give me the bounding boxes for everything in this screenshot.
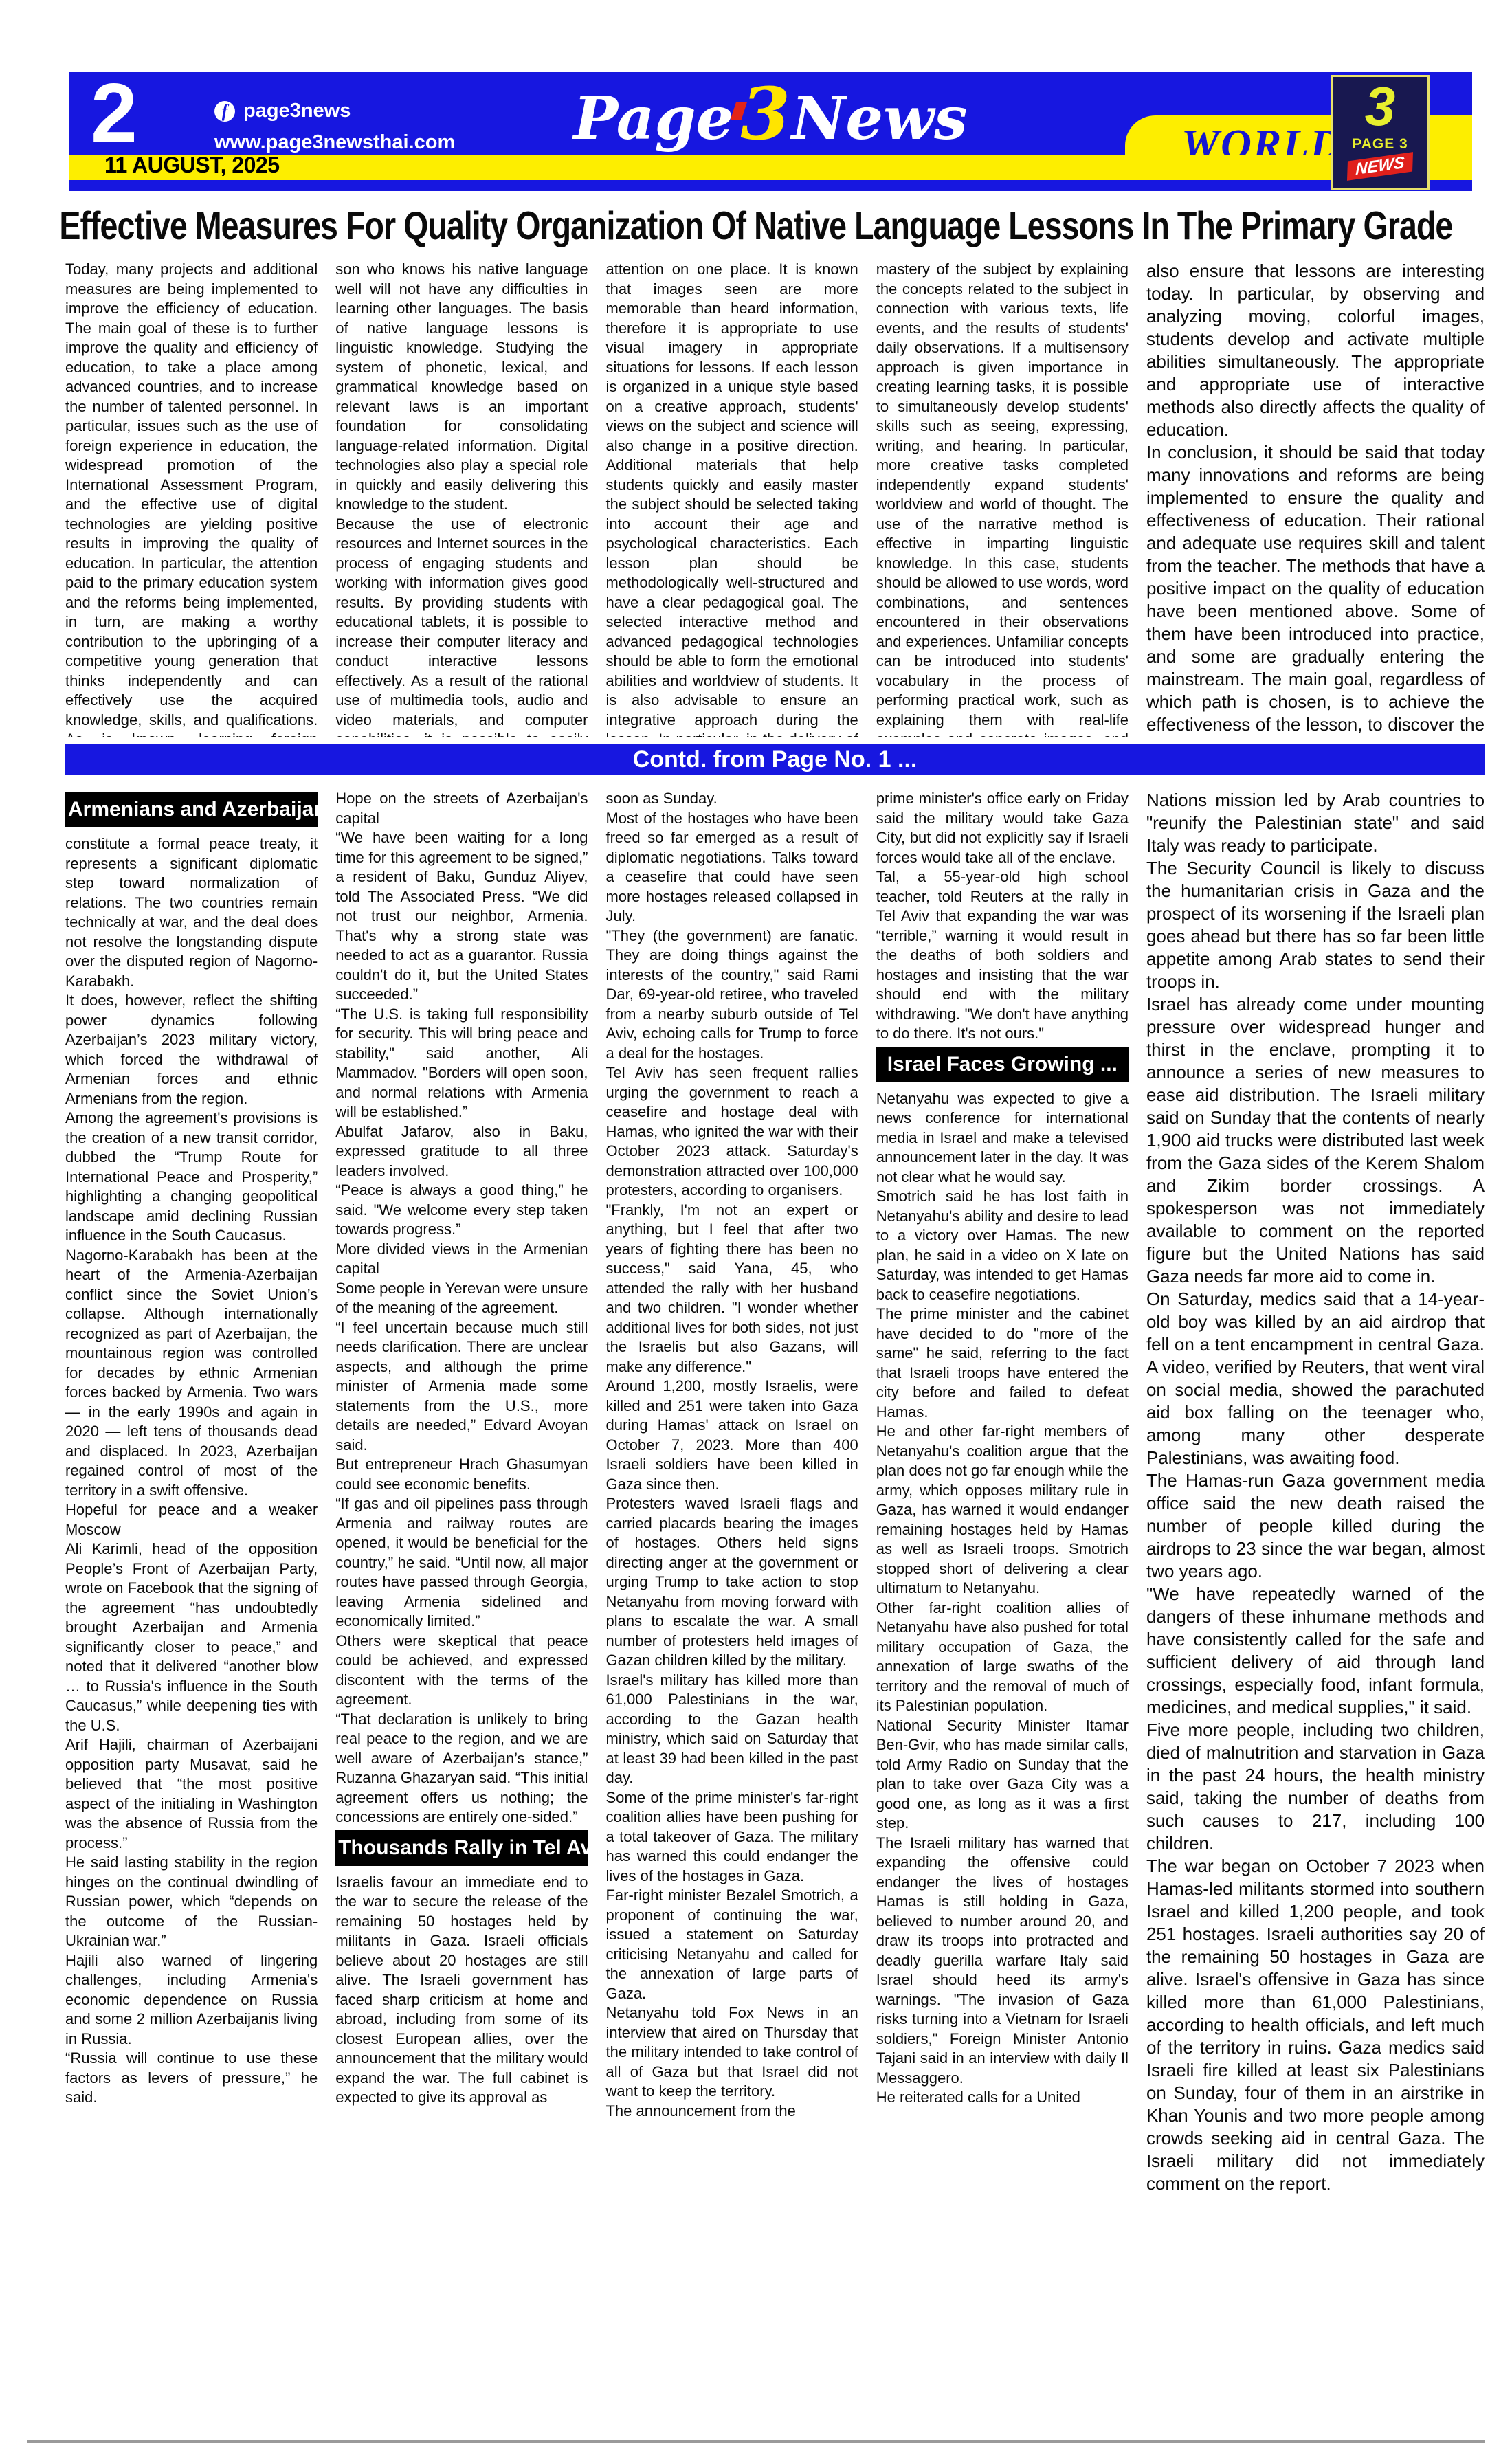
paragraph: National Security Minister Itamar Ben-Gv…: [876, 1716, 1129, 1834]
continuation-section: Armenians and Azerbaijanis ...constitute…: [65, 789, 1485, 2438]
lower-column-4: prime minister's office early on Friday …: [876, 789, 1129, 2438]
page3news-logo: 3 PAGE 3 NEWS: [1331, 75, 1430, 190]
paragraph: Tal, a 55-year-old high school teacher, …: [876, 867, 1129, 1044]
paragraph: Today, many projects and additional meas…: [65, 260, 318, 737]
paragraph: Smotrich said he has lost faith in Netan…: [876, 1187, 1129, 1304]
paragraph: Some people in Yerevan were unsure of th…: [335, 1279, 588, 1318]
lower-column-3: soon as Sunday.Most of the hostages who …: [605, 789, 858, 2438]
lower-column-5: Nations mission led by Arab countries to…: [1146, 789, 1485, 2438]
main-headline: Effective Measures For Quality Organizat…: [59, 203, 1452, 249]
main-article-column-2: son who knows his native language well w…: [335, 260, 588, 737]
paragraph: “I feel uncertain because much still nee…: [335, 1318, 588, 1456]
logo-page3-text: PAGE 3: [1352, 136, 1408, 153]
paragraph: The Israeli military has warned that exp…: [876, 1834, 1129, 2089]
paragraph: It does, however, reflect the shifting p…: [65, 991, 318, 1109]
paragraph: He said lasting stability in the region …: [65, 1853, 318, 1951]
paragraph: Hope on the streets of Azerbaijan's capi…: [335, 789, 588, 828]
paragraph: Netanyahu told Fox News in an interview …: [605, 2003, 858, 2102]
paragraph: The war began on October 7 2023 when Ham…: [1146, 1855, 1485, 2195]
paragraph: In conclusion, it should be said that to…: [1146, 441, 1485, 737]
paragraph: constitute a formal peace treaty, it rep…: [65, 834, 318, 991]
paragraph: Nagorno-Karabakh has been at the heart o…: [65, 1246, 318, 1501]
paragraph: Tel Aviv has seen frequent rallies urgin…: [605, 1063, 858, 1201]
main-article-column-4: mastery of the subject by explaining the…: [876, 260, 1129, 737]
paragraph: Israelis favour an immediate end to the …: [335, 1873, 588, 2108]
paragraph: Far-right minister Bezalel Smotrich, a p…: [605, 1886, 858, 2003]
paragraph: mastery of the subject by explaining the…: [876, 260, 1129, 737]
paragraph: The Security Council is likely to discus…: [1146, 857, 1485, 993]
main-article-column-1: Today, many projects and additional meas…: [65, 260, 318, 737]
lower-column-2: Hope on the streets of Azerbaijan's capi…: [335, 789, 588, 2438]
paragraph: son who knows his native language well w…: [335, 260, 588, 515]
logo-three: 3: [1365, 77, 1396, 136]
paragraph: Around 1,200, mostly Israelis, were kill…: [605, 1377, 858, 1494]
paragraph: Some of the prime minister's far-right c…: [605, 1788, 858, 1887]
paragraph: "Frankly, I'm not an expert or anything,…: [605, 1201, 858, 1377]
paragraph: “We have been waiting for a long time fo…: [335, 828, 588, 1005]
paragraph: More divided views in the Armenian capit…: [335, 1240, 588, 1279]
paragraph: soon as Sunday.: [605, 789, 858, 809]
bottom-rule: [27, 2440, 1485, 2443]
lower-column-1: Armenians and Azerbaijanis ...constitute…: [65, 789, 318, 2438]
paragraph: He reiterated calls for a United: [876, 2088, 1129, 2108]
paragraph: “That declaration is unlikely to bring r…: [335, 1710, 588, 1827]
issue-date: 11 AUGUST, 2025: [104, 153, 280, 178]
masthead-part1: Page: [573, 84, 733, 153]
paragraph: Protesters waved Israeli flags and carri…: [605, 1494, 858, 1671]
main-article-column-3: attention on one place. It is known that…: [605, 260, 858, 737]
paragraph: He and other far-right members of Netany…: [876, 1422, 1129, 1599]
paragraph: Abulfat Jafarov, also in Baku, expressed…: [335, 1122, 588, 1181]
paragraph: The announcement from the: [605, 2102, 858, 2122]
paragraph: Nations mission led by Arab countries to…: [1146, 789, 1485, 857]
paragraph: attention on one place. It is known that…: [605, 260, 858, 737]
logo-news-ribbon: NEWS: [1347, 152, 1413, 181]
paragraph: also ensure that lessons are interesting…: [1146, 260, 1485, 441]
newspaper-page: 2 f page3news www.page3newsthai.com Page…: [0, 0, 1512, 2448]
paragraph: Arif Hajili, chairman of Azerbaijani opp…: [65, 1735, 318, 1853]
continued-from-page-bar: Contd. from Page No. 1 ...: [65, 744, 1485, 775]
paragraph: Five more people, including two children…: [1146, 1719, 1485, 1855]
article-section-header: Israel Faces Growing ...: [876, 1047, 1129, 1082]
masthead-part3: News: [792, 84, 968, 153]
masthead-banner: 2 f page3news www.page3newsthai.com Page…: [69, 72, 1472, 191]
paragraph: Most of the hostages who have been freed…: [605, 809, 858, 926]
main-article-column-5: also ensure that lessons are interesting…: [1146, 260, 1485, 737]
paragraph: Ali Karimli, head of the opposition Peop…: [65, 1539, 318, 1735]
paragraph: Among the agreement's provisions is the …: [65, 1109, 318, 1246]
paragraph: Israel's military has killed more than 6…: [605, 1671, 858, 1788]
article-section-header: Thousands Rally in Tel Aviv ...: [335, 1830, 588, 1866]
headline-row: Effective Measures For Quality Organizat…: [0, 203, 1512, 242]
paragraph: “Russia will continue to use these facto…: [65, 2049, 318, 2108]
paragraph: Hajili also warned of lingering challeng…: [65, 1951, 318, 2049]
paragraph: Netanyahu was expected to give a news co…: [876, 1089, 1129, 1188]
paragraph: “If gas and oil pipelines pass through A…: [335, 1494, 588, 1632]
paragraph: Others were skeptical that peace could b…: [335, 1632, 588, 1710]
masthead-part2: 3: [739, 71, 791, 156]
paragraph: "They (the government) are fanatic. They…: [605, 926, 858, 1064]
paragraph: Hopeful for peace and a weaker Moscow: [65, 1500, 318, 1539]
paragraph: “The U.S. is taking full responsibility …: [335, 1005, 588, 1122]
paragraph: Other far-right coalition allies of Neta…: [876, 1599, 1129, 1716]
date-strip: 11 AUGUST, 2025: [69, 155, 1472, 180]
paragraph: The Hamas-run Gaza government media offi…: [1146, 1469, 1485, 1583]
article-section-header: Armenians and Azerbaijanis ...: [65, 792, 318, 827]
main-article: Today, many projects and additional meas…: [65, 260, 1485, 737]
paragraph: But entrepreneur Hrach Ghasumyan could s…: [335, 1455, 588, 1494]
paragraph: "We have repeatedly warned of the danger…: [1146, 1583, 1485, 1719]
paragraph: Because the use of electronic resources …: [335, 515, 588, 738]
paragraph: prime minister's office early on Friday …: [876, 789, 1129, 867]
paragraph: Israel has already come under mounting p…: [1146, 993, 1485, 1288]
paragraph: “Peace is always a good thing,” he said.…: [335, 1181, 588, 1240]
paragraph: The prime minister and the cabinet have …: [876, 1304, 1129, 1422]
paragraph: On Saturday, medics said that a 14-year-…: [1146, 1288, 1485, 1469]
